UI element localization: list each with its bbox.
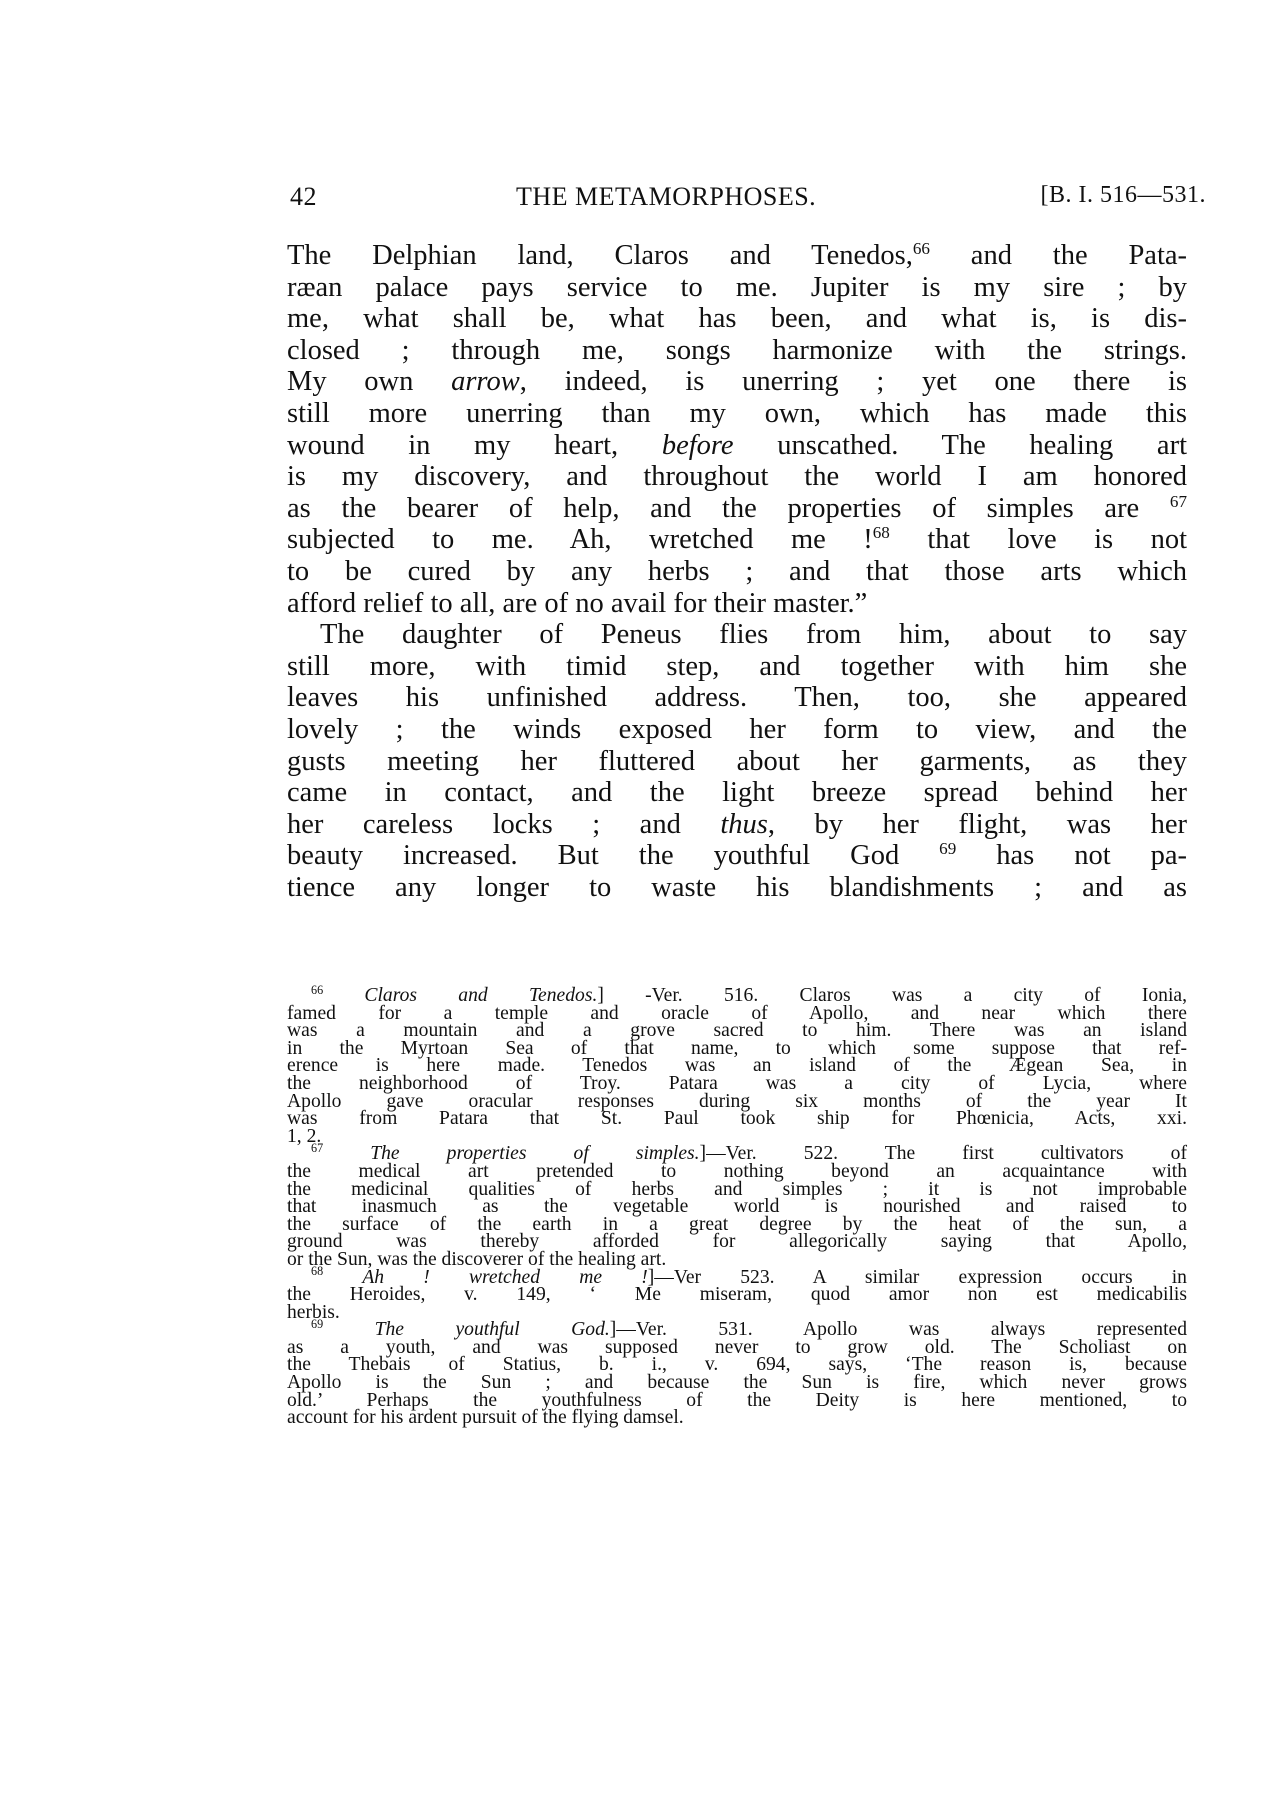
body-line: me, what shall be, what has been, and wh… [287,303,1187,335]
footnote-marker: 66 [913,239,930,258]
text-run: the Heroides, v. 149, ‘ Me miseram, quod… [287,1284,1187,1305]
text-run: still more unerring than my own, which h… [287,398,1187,429]
body-line: as the bearer of help, and the propertie… [287,493,1187,525]
body-line: to be cured by any herbs ; and that thos… [287,556,1187,588]
italic-text: before [662,430,734,461]
text-run: closed ; through me, songs harmonize wit… [287,335,1187,366]
footnote-marker: 69 [939,839,956,858]
main-text: The Delphian land, Claros and Tenedos,66… [287,240,1187,903]
footnote-line: was from Patara that St. Paul took ship … [287,1110,1187,1128]
body-line: closed ; through me, songs harmonize wit… [287,335,1187,367]
footnotes: 66 Claros and Tenedos.] -Ver. 516. Claro… [287,987,1187,1427]
footnote-marker: 68 [311,1264,323,1278]
text-run: My own [287,366,451,397]
italic-text: thus [720,809,768,840]
footnote-line: the Heroides, v. 149, ‘ Me miseram, quod… [287,1286,1187,1304]
body-line: is my discovery, and throughout the worl… [287,461,1187,493]
text-run: is my discovery, and throughout the worl… [287,461,1187,492]
text-run: still more, with timid step, and togethe… [287,651,1187,682]
body-line: tience any longer to waste his blandishm… [287,872,1187,904]
italic-text: arrow [451,366,520,397]
text-run: The Delphian land, Claros and Tenedos, [287,240,913,271]
text-run: came in contact, and the light breeze sp… [287,777,1187,808]
body-line: ræan palace pays service to me. Jupiter … [287,272,1187,304]
body-line: afford relief to all, are of no avail fo… [287,588,1187,620]
text-run: as the bearer of help, and the propertie… [287,493,1170,524]
text-run: ræan palace pays service to me. Jupiter … [287,272,1187,303]
body-line: gusts meeting her fluttered about her ga… [287,746,1187,778]
running-title: THE METAMORPHOSES. [516,182,816,212]
text-run: afford relief to all, are of no avail fo… [287,588,867,619]
text-run: and the Pata- [930,240,1187,271]
text-run: wound in my heart, [287,430,662,461]
text-run: that love is not [890,524,1187,555]
text-run: , by her flight, was her [768,809,1187,840]
body-line: My own arrow, indeed, is unerring ; yet … [287,366,1187,398]
running-head: 42 THE METAMORPHOSES. [B. I. 516—531. [290,182,1194,216]
text-run: subjected to me. Ah, wretched me ! [287,524,873,555]
footnote-line: account for his ardent pursuit of the fl… [287,1409,1187,1427]
book-verse-reference: [B. I. 516—531. [1041,182,1207,209]
body-line: leaves his unfinished address. Then, too… [287,682,1187,714]
body-line: came in contact, and the light breeze sp… [287,777,1187,809]
footnote-marker: 69 [311,1317,323,1331]
text-run: leaves his unfinished address. Then, too… [287,682,1187,713]
text-run: was from Patara that St. Paul took ship … [287,1108,1187,1129]
body-line: still more unerring than my own, which h… [287,398,1187,430]
footnote-marker: 66 [311,983,323,997]
text-run: to be cured by any herbs ; and that thos… [287,556,1187,587]
book-page: 42 THE METAMORPHOSES. [B. I. 516—531. Th… [0,0,1264,1807]
text-run: beauty increased. But the youthful God [287,840,939,871]
body-line: her careless locks ; and thus, by her fl… [287,809,1187,841]
body-line: The Delphian land, Claros and Tenedos,66… [287,240,1187,272]
page-number: 42 [290,182,317,212]
text-run: The daughter of Peneus flies from him, a… [320,619,1187,650]
text-run: gusts meeting her fluttered about her ga… [287,746,1187,777]
footnote-marker: 67 [311,1141,323,1155]
text-run: her careless locks ; and [287,809,720,840]
text-run: has not pa- [956,840,1187,871]
text-run: lovely ; the winds exposed her form to v… [287,714,1187,745]
body-line: lovely ; the winds exposed her form to v… [287,714,1187,746]
text-run: me, what shall be, what has been, and wh… [287,303,1187,334]
text-run: tience any longer to waste his blandishm… [287,872,1187,903]
body-line: subjected to me. Ah, wretched me !68 tha… [287,524,1187,556]
body-line: The daughter of Peneus flies from him, a… [287,619,1187,651]
text-run: unscathed. The healing art [734,430,1187,461]
footnote-marker: 68 [873,523,890,542]
body-line: still more, with timid step, and togethe… [287,651,1187,683]
body-line: beauty increased. But the youthful God 6… [287,840,1187,872]
text-run: account for his ardent pursuit of the fl… [287,1407,684,1428]
body-line: wound in my heart, before unscathed. The… [287,430,1187,462]
text-run: , indeed, is unerring ; yet one there is [520,366,1187,397]
footnote-marker: 67 [1170,492,1187,511]
